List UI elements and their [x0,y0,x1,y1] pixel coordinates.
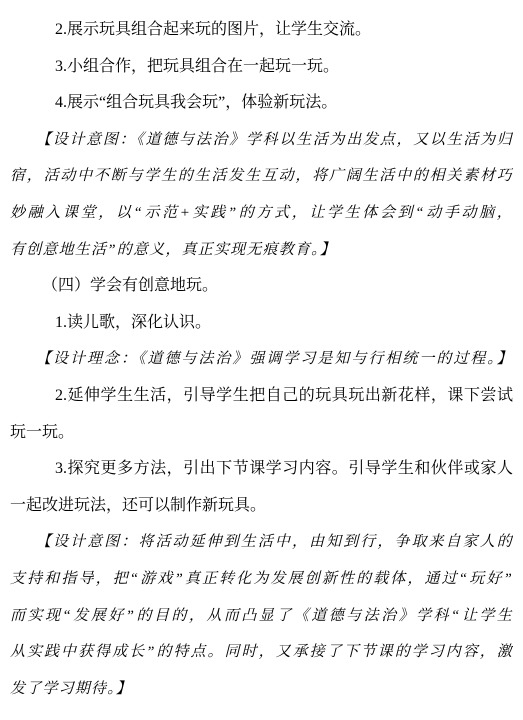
text-line: 【设计意图：《道德与法治》学科以生活为出发点，又以生活为归 [10,122,513,159]
text-line: 【设计意图：将活动延伸到生活中，由知到行，争取来自家人的 [10,524,513,561]
paragraph-step-2-extend-life: 2.延伸学生生活，引导学生把自己的玩具玩出新花样，课下尝试 玩一玩。 [10,378,513,451]
text-line: 4.展示“组合玩具我会玩”，体验新玩法。 [10,85,513,122]
text-line: 从实践中获得成长”的特点。同时，又承接了下节课的学习内容，激 [10,634,513,671]
text-line: 1.读儿歌，深化认识。 [10,305,513,342]
document-page: 2.展示玩具组合起来玩的图片，让学生交流。 3.小组合作，把玩具组合在一起玩一玩… [0,0,523,720]
paragraph-section-heading-4: （四）学会有创意地玩。 [10,268,513,305]
text-line: （四）学会有创意地玩。 [10,268,513,305]
paragraph-step-4-show-combined-toys: 4.展示“组合玩具我会玩”，体验新玩法。 [10,85,513,122]
paragraph-design-intent-1: 【设计意图：《道德与法治》学科以生活为出发点，又以生活为归 宿，活动中不断与学生… [10,122,513,268]
paragraph-design-concept: 【设计理念：《道德与法治》强调学习是知与行相统一的过程。】 [10,341,513,378]
paragraph-design-intent-2: 【设计意图：将活动延伸到生活中，由知到行，争取来自家人的 支持和指导，把“游戏”… [10,524,513,707]
text-line: 支持和指导，把“游戏”真正转化为发展创新性的载体，通过“玩好” [10,561,513,598]
text-line: 3.探究更多方法，引出下节课学习内容。引导学生和伙伴或家人 [10,451,513,488]
text-line: 2.延伸学生生活，引导学生把自己的玩具玩出新花样，课下尝试 [10,378,513,415]
paragraph-step-2-show-pictures: 2.展示玩具组合起来玩的图片，让学生交流。 [10,12,513,49]
text-line: 宿，活动中不断与学生的生活发生互动，将广阔生活中的相关素材巧 [10,158,513,195]
paragraph-step-3-group-work: 3.小组合作，把玩具组合在一起玩一玩。 [10,49,513,86]
text-line: 而实现“发展好”的目的，从而凸显了《道德与法治》学科“让学生 [10,598,513,635]
text-line: 【设计理念：《道德与法治》强调学习是知与行相统一的过程。】 [10,341,513,378]
paragraph-step-3-explore-methods: 3.探究更多方法，引出下节课学习内容。引导学生和伙伴或家人 一起改进玩法，还可以… [10,451,513,524]
text-line: 一起改进玩法，还可以制作新玩具。 [10,488,513,525]
text-line: 发了学习期待。】 [10,671,513,708]
text-line: 妙融入课堂，以“示范+实践”的方式，让学生体会到“动手动脑， [10,195,513,232]
text-line: 3.小组合作，把玩具组合在一起玩一玩。 [10,49,513,86]
text-line: 有创意地生活”的意义，真正实现无痕教育。】 [10,232,513,269]
text-line: 2.展示玩具组合起来玩的图片，让学生交流。 [10,12,513,49]
paragraph-step-1-read-rhyme: 1.读儿歌，深化认识。 [10,305,513,342]
text-line: 玩一玩。 [10,415,513,452]
